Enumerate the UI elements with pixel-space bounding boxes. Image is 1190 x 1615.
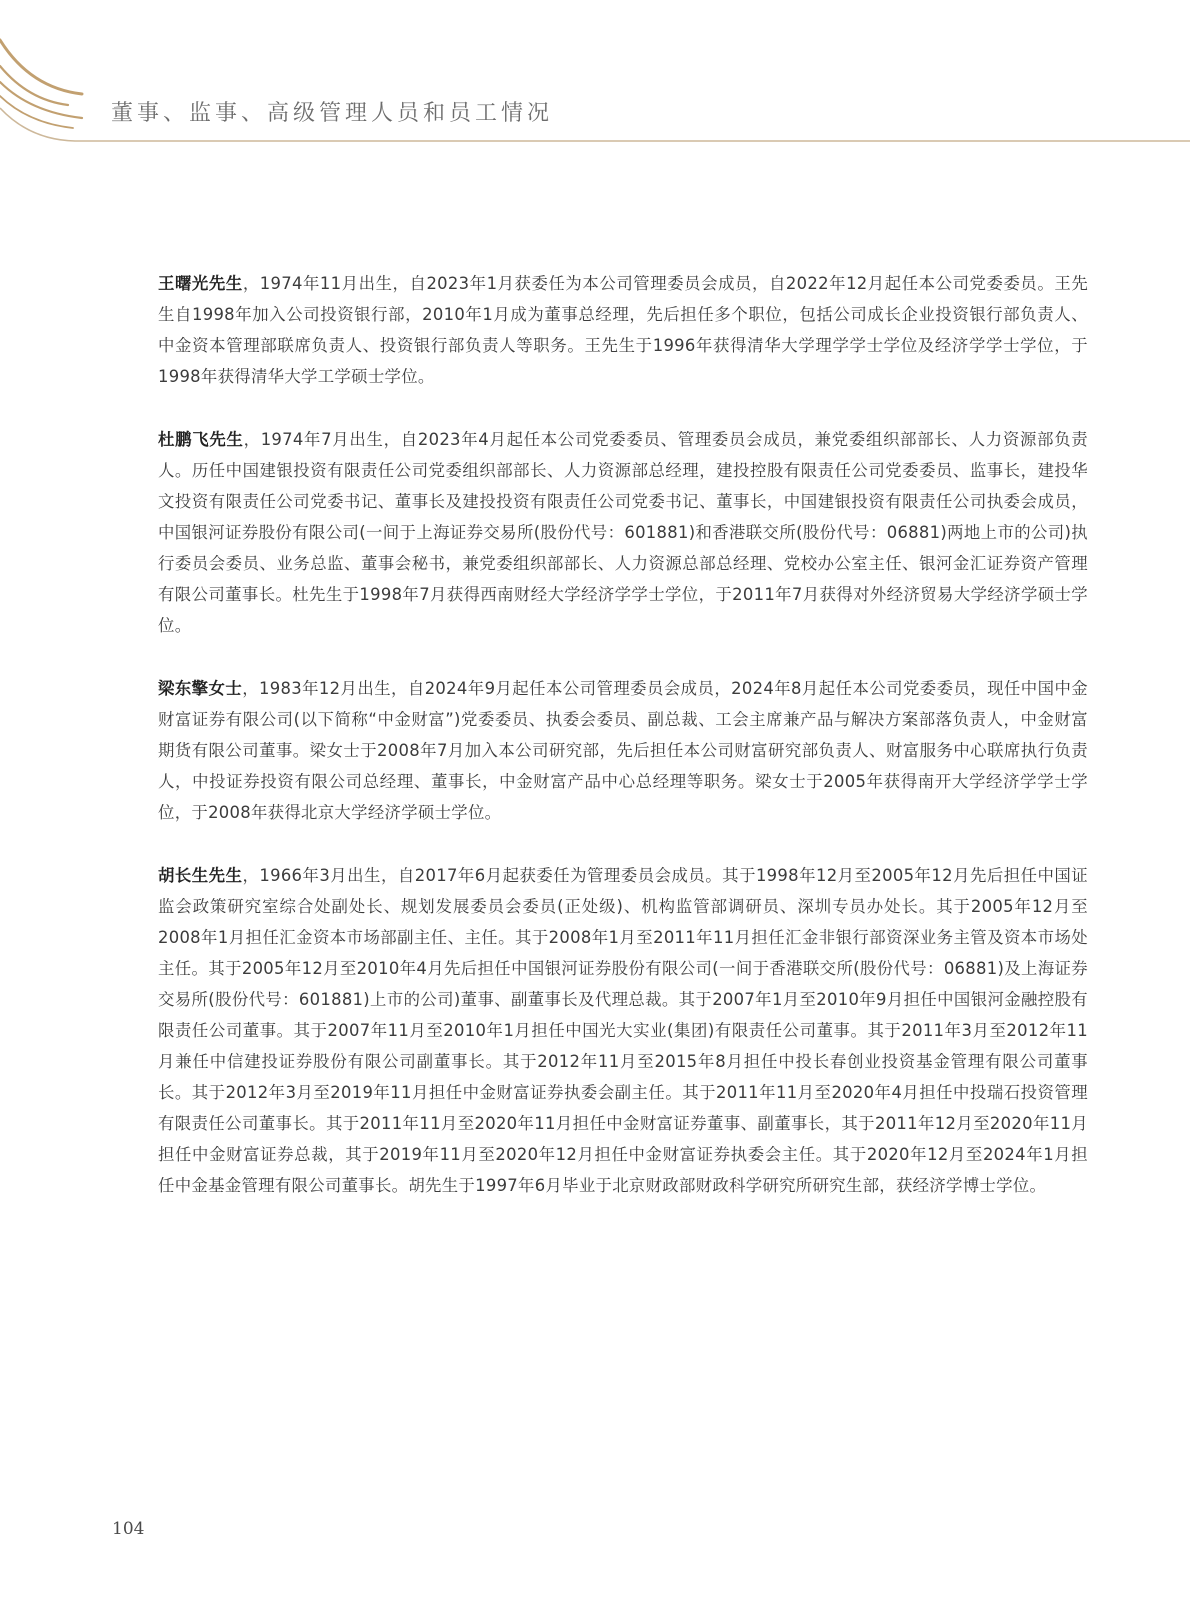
header-decoration-arcs — [0, 0, 1190, 160]
bio-paragraph-hu-changsheng: 胡长生先生，1966年3月出生，自2017年6月起获委任为管理委员会成员。其于1… — [158, 860, 1088, 1201]
bio-name: 杜鹏飞先生 — [158, 430, 244, 449]
page-number: 104 — [112, 1519, 144, 1539]
bio-text: ，1983年12月出生，自2024年9月起任本公司管理委员会成员，2024年8月… — [158, 679, 1088, 822]
bio-list: 王曙光先生，1974年11月出生，自2023年1月获委任为本公司管理委员会成员，… — [158, 268, 1088, 1233]
bio-name: 梁东擎女士 — [158, 679, 242, 698]
bio-paragraph-du-pengfei: 杜鹏飞先生，1974年7月出生，自2023年4月起任本公司党委委员、管理委员会成… — [158, 424, 1088, 641]
bio-name: 王曙光先生 — [158, 274, 243, 293]
bio-text: ，1974年7月出生，自2023年4月起任本公司党委委员、管理委员会成员，兼党委… — [158, 430, 1088, 635]
bio-paragraph-wang-shuguang: 王曙光先生，1974年11月出生，自2023年1月获委任为本公司管理委员会成员，… — [158, 268, 1088, 392]
bio-paragraph-liang-dongqing: 梁东擎女士，1983年12月出生，自2024年9月起任本公司管理委员会成员，20… — [158, 673, 1088, 828]
bio-text: ，1974年11月出生，自2023年1月获委任为本公司管理委员会成员，自2022… — [158, 274, 1088, 386]
bio-name: 胡长生先生 — [158, 866, 242, 885]
section-title: 董事、监事、高级管理人员和员工情况 — [111, 96, 553, 127]
bio-text: ，1966年3月出生，自2017年6月起获委任为管理委员会成员。其于1998年1… — [158, 866, 1088, 1195]
